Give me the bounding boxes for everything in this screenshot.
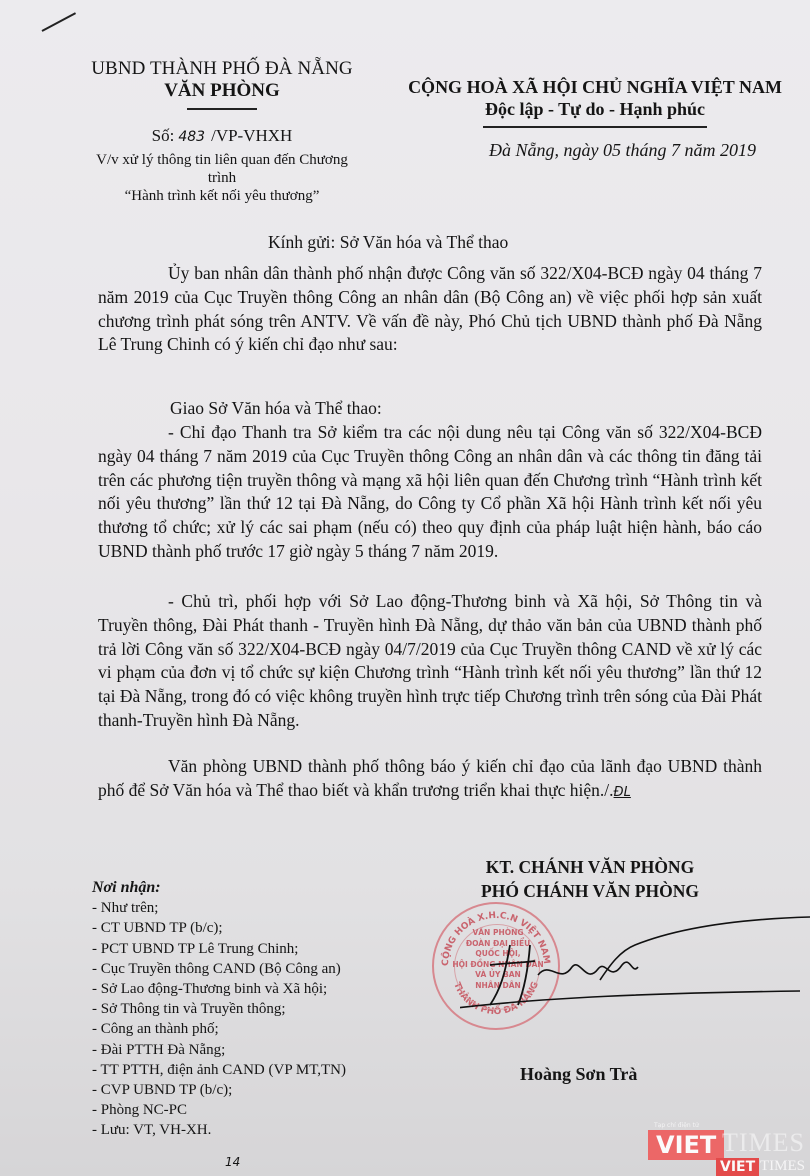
recipients-list: Nơi nhận: - Như trên; - CT UBND TP (b/c)… (92, 878, 392, 1141)
watermark-brand-right: TIMES (722, 1128, 805, 1158)
watermark-brand-right-small: TIMES (760, 1158, 805, 1175)
subject-line-1: V/v xử lý thông tin liên quan đến Chương… (86, 151, 358, 187)
recipient-item: - Cục Truyền thông CAND (Bộ Công an) (92, 959, 392, 979)
recipient-item: - TT PTTH, điện ảnh CAND (VP MT,TN) (92, 1060, 392, 1080)
recipient-item: - CT UBND TP (b/c); (92, 918, 392, 938)
watermark-brand-left-small: VIET (716, 1158, 759, 1176)
recipient-item: - Sở Thông tin và Truyền thông; (92, 999, 392, 1019)
recipient-line: Kính gửi: Sở Văn hóa và Thể thao (268, 232, 508, 253)
document-number: Số:483/VP-VHXH (86, 126, 358, 147)
number-handwritten: 483 (178, 129, 205, 145)
directive-1: - Chỉ đạo Thanh tra Sở kiểm tra các nội … (98, 421, 762, 564)
recipient-item: - Như trên; (92, 898, 392, 918)
pen-mark (42, 12, 76, 32)
office-name: VĂN PHÒNG (86, 80, 358, 102)
closing-paragraph: Văn phòng UBND thành phố thông báo ý kiế… (98, 755, 762, 805)
agency-name: UBND THÀNH PHỐ ĐÀ NẴNG (86, 58, 358, 80)
divider (483, 126, 707, 128)
closing-text: Văn phòng UBND thành phố thông báo ý kiế… (98, 756, 762, 800)
nation-name: CỘNG HOÀ XÃ HỘI CHỦ NGHĨA VIỆT NAM (400, 76, 790, 98)
recipient-item: - PCT UBND TP Lê Trung Chinh; (92, 939, 392, 959)
viettimes-watermark: Tạp chí điện tử VIET TIMES VIET TIMES (644, 1122, 810, 1176)
issuer-header: UBND THÀNH PHỐ ĐÀ NẴNG VĂN PHÒNG Số:483/… (86, 58, 358, 205)
assign-heading: Giao Sở Văn hóa và Thể thao: (170, 398, 382, 419)
watermark-brand-left: VIET (648, 1130, 724, 1160)
number-label: Số: (152, 126, 175, 145)
signature-title: KT. CHÁNH VĂN PHÒNG PHÓ CHÁNH VĂN PHÒNG (440, 855, 740, 903)
signature-title-2: PHÓ CHÁNH VĂN PHÒNG (440, 879, 740, 903)
handwritten-signature (460, 905, 810, 1015)
recipient-item: - Công an thành phố; (92, 1019, 392, 1039)
divider (187, 108, 257, 110)
issue-date: Đà Nẵng, ngày 05 tháng 7 năm 2019 (400, 140, 790, 161)
recipient-item: - CVP UBND TP (b/c); (92, 1080, 392, 1100)
motto: Độc lập - Tự do - Hạnh phúc (400, 98, 790, 120)
recipients-heading: Nơi nhận: (92, 878, 392, 898)
watermark-tagline: Tạp chí điện tử (654, 1122, 699, 1129)
handwritten-copy-count: 14 (225, 1155, 240, 1169)
national-header: CỘNG HOÀ XÃ HỘI CHỦ NGHĨA VIỆT NAM Độc l… (400, 76, 790, 161)
closing-initials: ĐL (614, 785, 631, 800)
recipient-item: - Đài PTTH Đà Nẵng; (92, 1040, 392, 1060)
signature-title-1: KT. CHÁNH VĂN PHÒNG (440, 855, 740, 879)
signer-name: Hoàng Sơn Trà (520, 1064, 637, 1085)
recipient-item: - Phòng NC-PC (92, 1100, 392, 1120)
directive-2: - Chủ trì, phối hợp với Sở Lao động-Thươ… (98, 590, 762, 733)
recipient-item: - Sở Lao động-Thương binh và Xã hội; (92, 979, 392, 999)
paragraph-intro: Ủy ban nhân dân thành phố nhận được Công… (98, 262, 762, 357)
number-suffix: /VP-VHXH (211, 126, 292, 145)
recipient-item: - Lưu: VT, VH-XH. (92, 1120, 392, 1140)
subject-line-2: “Hành trình kết nối yêu thương” (86, 187, 358, 205)
